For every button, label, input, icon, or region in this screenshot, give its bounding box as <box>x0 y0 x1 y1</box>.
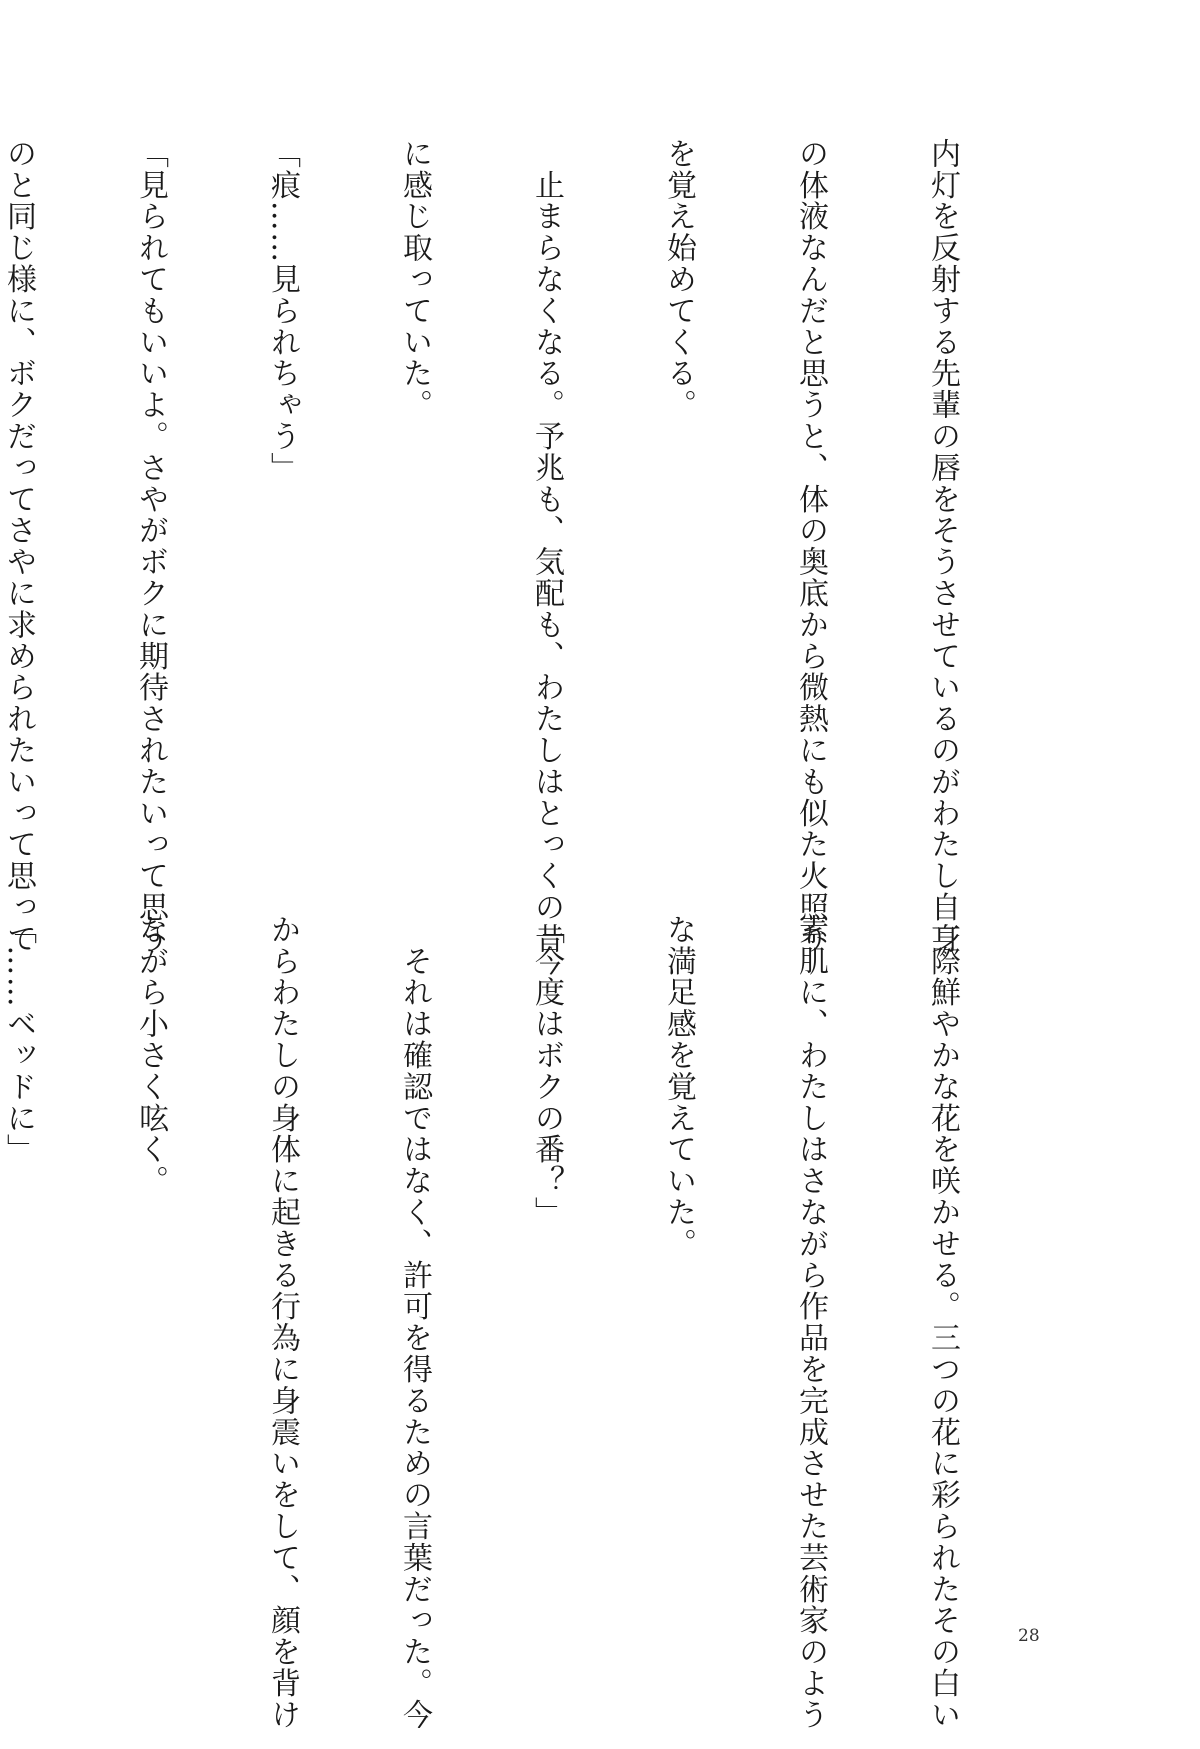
text-line: な満足感を覚えていた。 <box>656 914 700 1564</box>
text-line: 一際鮮やかな花を咲かせる。三つの花に彩られたその白い <box>920 914 964 1564</box>
text-line: に感じ取っていた。 <box>392 138 436 838</box>
text-line: 素肌に、わたしはさながら作品を完成させた芸術家のよう <box>788 914 832 1564</box>
text-line: からわたしの身体に起きる行為に身震いをして、顔を背け <box>260 914 304 1564</box>
text-line: のと同じ様に、ボクだってさやに求められたいって思って <box>0 138 40 838</box>
dialogue-line: 「……ベッドに」 <box>0 914 40 1564</box>
text-line: を覚え始めてくる。 <box>656 138 700 838</box>
text-line: ながら小さく呟く。 <box>128 914 172 1564</box>
book-page: 内灯を反射する先輩の唇をそうさせているのがわたし自身 の体液なんだと思うと、体の… <box>0 0 1200 1749</box>
text-line: の体液なんだと思うと、体の奥底から微熱にも似た火照り <box>788 138 832 838</box>
text-line: 内灯を反射する先輩の唇をそうさせているのがわたし自身 <box>920 138 964 838</box>
upper-text-block: 内灯を反射する先輩の唇をそうさせているのがわたし自身 の体液なんだと思うと、体の… <box>122 138 1052 838</box>
page-number: 28 <box>1018 1626 1040 1646</box>
text-line: それは確認ではなく、許可を得るための言葉だった。今 <box>392 914 436 1564</box>
dialogue-line: 「今度はボクの番？」 <box>524 914 568 1564</box>
text-line: 止まらなくなる。予兆も、気配も、わたしはとっくの昔 <box>524 138 568 838</box>
dialogue-line: 「見られてもいいよ。さやがボクに期待されたいって思う <box>128 138 172 838</box>
lower-text-block: 一際鮮やかな花を咲かせる。三つの花に彩られたその白い 素肌に、わたしはさながら作… <box>122 914 1052 1564</box>
dialogue-line: 「痕……見られちゃう」 <box>260 138 304 838</box>
